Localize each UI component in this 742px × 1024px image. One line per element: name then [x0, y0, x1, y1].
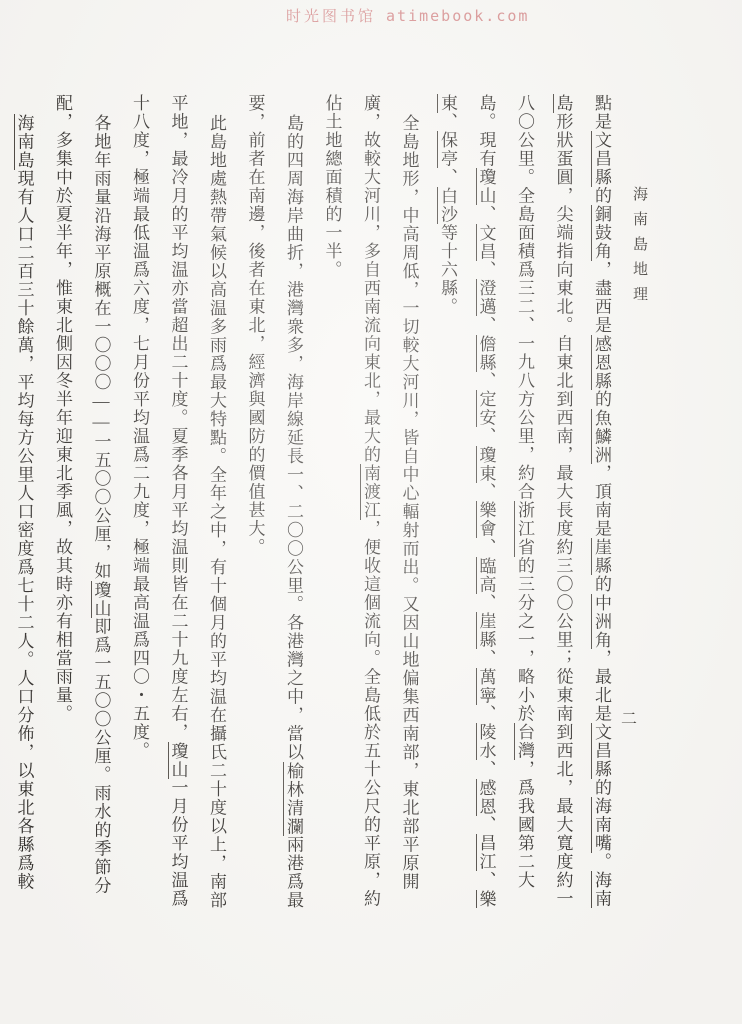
- proper-noun: 瓊山: [476, 168, 496, 205]
- proper-noun: 萬寧: [476, 668, 496, 705]
- text-run: 、: [477, 705, 496, 724]
- paragraph: 全島地形，中高周低，一切較大河川，皆自中心輻射而出。又因山地偏集西南部，東北部平…: [312, 94, 428, 918]
- text-run: 的: [592, 575, 611, 594]
- proper-noun: 南渡江: [360, 464, 380, 520]
- text-run: 、: [477, 372, 496, 391]
- proper-noun: 崖縣: [476, 612, 496, 649]
- proper-noun: 感恩: [476, 779, 496, 816]
- text-run: ，盡西是: [592, 261, 611, 335]
- paragraph: 此島地處熱帶氣候以高温多雨爲最大特點。全年之中，有十個月的平均温在攝氏二十度以上…: [120, 94, 236, 918]
- proper-noun: 儋縣: [476, 335, 496, 372]
- proper-noun: 瓊山: [168, 742, 188, 779]
- watermark-site-name: 时光图书馆: [286, 8, 376, 25]
- proper-noun: 瓊東: [476, 446, 496, 483]
- paragraph: 島的四周海岸曲折，港灣衆多，海岸線延長一、二〇〇公里。各港灣之中，當以榆林清瀾兩…: [235, 94, 312, 918]
- margin-title: 海南島地理: [629, 186, 650, 311]
- text-run: 點是: [592, 94, 611, 131]
- proper-noun: 陵水: [476, 723, 496, 760]
- text-run: 、: [477, 427, 496, 446]
- text-run: 的: [592, 390, 611, 409]
- proper-noun: 感恩縣: [591, 335, 611, 391]
- proper-noun: 白沙: [437, 187, 457, 224]
- text-run: 的: [592, 187, 611, 206]
- proper-noun: 定安: [476, 390, 496, 427]
- text-run: 、: [477, 483, 496, 502]
- text-run: ，最北是: [592, 649, 611, 723]
- proper-noun: 榆林: [283, 762, 303, 799]
- proper-noun: 保亭: [437, 131, 457, 168]
- proper-noun: 昌江: [476, 834, 496, 871]
- text-run: 、: [477, 760, 496, 779]
- text-body: 點是文昌縣的銅鼓角，盡西是感恩縣的魚鱗洲，頂南是崖縣的中洲角，最北是文昌縣的海南…: [60, 94, 620, 918]
- proper-noun: 臨高: [476, 557, 496, 594]
- proper-noun: 瓊山: [91, 581, 111, 618]
- text-run: 、: [438, 168, 457, 187]
- paragraph: 點是文昌縣的銅鼓角，盡西是感恩縣的魚鱗洲，頂南是崖縣的中洲角，最北是文昌縣的海南…: [428, 94, 621, 918]
- watermark-site-url: atimebook.com: [386, 7, 529, 25]
- proper-noun: 樂會: [476, 501, 496, 538]
- text-run: 各地年雨量沿海平原概在一〇〇〇——一五〇〇公厘，如: [92, 114, 111, 581]
- text-run: 島的四周海岸曲折，港灣衆多，海岸線延長一、二〇〇公里。各港灣之中，當以: [284, 114, 303, 762]
- text-run: 、: [477, 871, 496, 890]
- text-run: 、: [477, 816, 496, 835]
- book-page: 时光图书馆atimebook.com 海南島地理 二 點是文昌縣的銅鼓角，盡西是…: [0, 0, 742, 1024]
- paragraph: 海南島現有人口二百三十餘萬，平均每方公里人口密度爲七十二人。人口分佈，以東北各縣…: [0, 94, 43, 918]
- text-run: 的: [592, 779, 611, 798]
- page-number: 二: [621, 706, 637, 729]
- text-run: 、: [477, 594, 496, 613]
- text-run: 、: [477, 649, 496, 668]
- proper-noun: 文昌縣: [591, 723, 611, 779]
- proper-noun: 浙江省: [514, 501, 534, 557]
- watermark: 时光图书馆atimebook.com: [286, 5, 529, 26]
- proper-noun: 崖縣: [591, 538, 611, 575]
- proper-noun: 澄邁: [476, 279, 496, 316]
- text-run: 、: [438, 113, 457, 132]
- proper-noun: 台灣: [514, 723, 534, 760]
- proper-noun: 文昌縣: [591, 131, 611, 187]
- proper-noun: 中洲角: [591, 594, 611, 650]
- paragraph: 各地年雨量沿海平原概在一〇〇〇——一五〇〇公厘，如瓊山即爲一五〇〇公厘。雨水的季…: [43, 94, 120, 918]
- text-run: 的三分之一，略小於: [515, 557, 534, 724]
- text-run: ，頂南是: [592, 464, 611, 538]
- proper-noun: 魚鱗洲: [591, 409, 611, 465]
- proper-noun: 海南嘴: [591, 797, 611, 853]
- text-run: 。: [592, 853, 611, 872]
- proper-noun: 銅鼓角: [591, 205, 611, 261]
- proper-noun: 海南島: [14, 114, 34, 170]
- text-run: 等十六縣。: [438, 224, 457, 317]
- text-run: 、: [477, 538, 496, 557]
- text-run: 、: [477, 205, 496, 224]
- text-run: 、: [477, 261, 496, 280]
- text-run: 現有人口二百三十餘萬，平均每方公里人口密度爲七十二人。人口分佈，以東北各縣爲較密…: [0, 94, 34, 891]
- proper-noun: 文昌: [476, 224, 496, 261]
- proper-noun: 清瀾: [283, 799, 303, 836]
- text-run: 、: [477, 316, 496, 335]
